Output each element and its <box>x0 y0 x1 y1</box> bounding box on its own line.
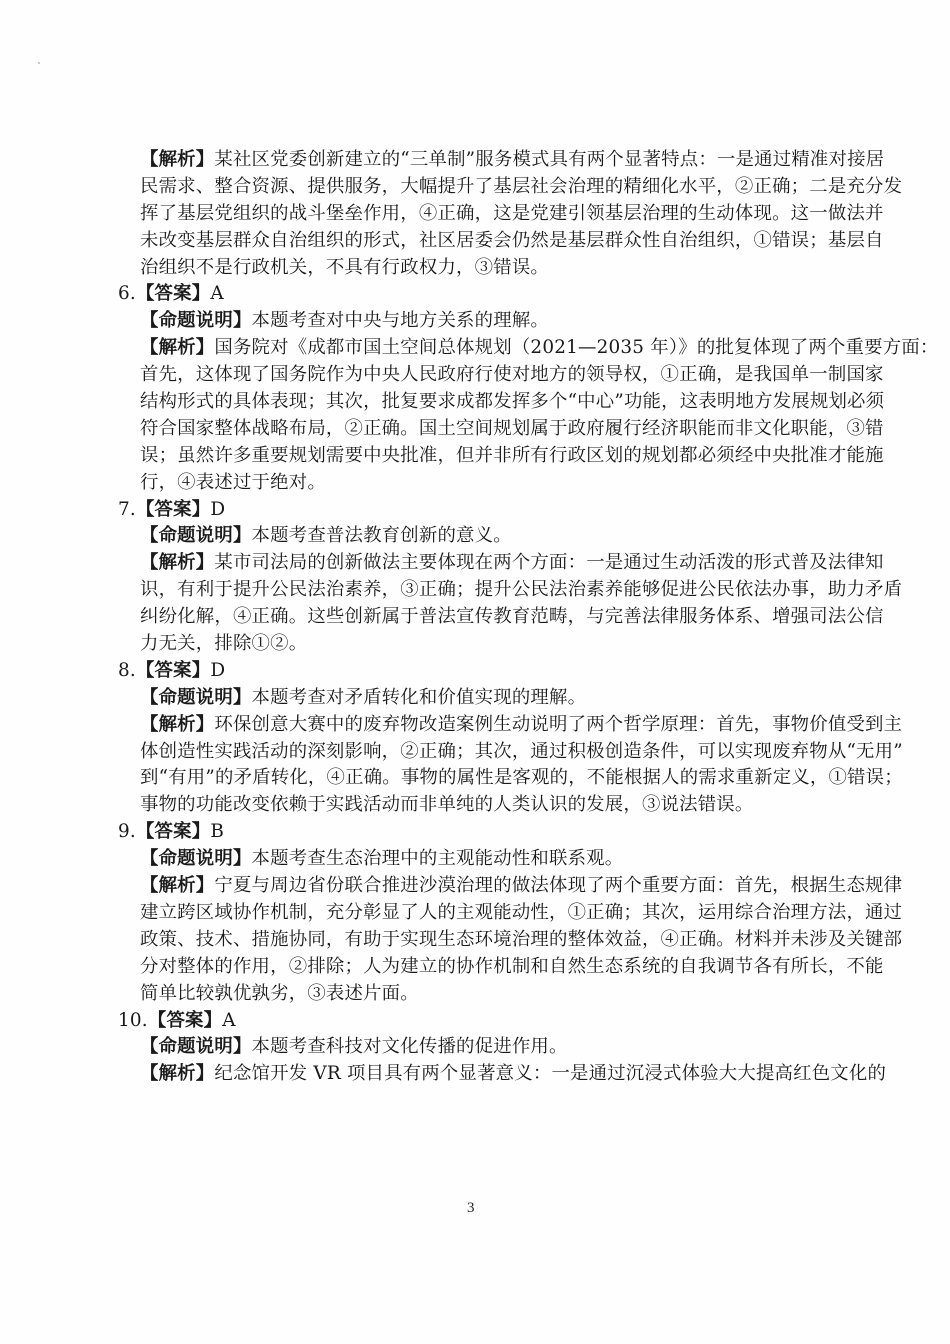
explanation-text: 本题考查科技对文化传播的促进作用。 <box>252 1036 568 1057</box>
analysis-line: 行，④表述过于绝对。 <box>118 470 838 497</box>
analysis-line: 建立跨区域协作机制，充分彰显了人的主观能动性，①正确；其次，运用综合治理方法，通… <box>118 900 838 927</box>
analysis-tag: 【解析】 <box>140 1063 214 1084</box>
answer-tag: 【答案】 <box>136 821 210 842</box>
explanation-text: 本题考查生态治理中的主观能动性和联系观。 <box>252 848 624 869</box>
scan-speck <box>38 62 40 64</box>
analysis-text: 宁夏与周边省份联合推进沙漠治理的做法体现了两个重要方面：首先，根据生态规律 <box>214 875 902 896</box>
analysis-line: 事物的功能改变依赖于实践活动而非单纯的人类认识的发展，③说法错误。 <box>118 792 838 819</box>
explanation-line: 【命题说明】本题考查科技对文化传播的促进作用。 <box>118 1034 838 1061</box>
answer-explanations: 【解析】某社区党委创新建立的“三单制”服务模式具有两个显著特点：一是通过精准对接… <box>118 147 838 1088</box>
analysis-tag: 【解析】 <box>140 875 214 896</box>
question-number: 6. <box>118 283 136 304</box>
answer-line: 7.【答案】D <box>118 497 838 524</box>
analysis-tag: 【解析】 <box>140 552 214 573</box>
explanation-tag: 【命题说明】 <box>140 1036 252 1057</box>
question-9: 9.【答案】B 【命题说明】本题考查生态治理中的主观能动性和联系观。 【解析】宁… <box>118 819 838 1007</box>
analysis-text: 某市司法局的创新做法主要体现在两个方面：一是通过生动活泼的形式普及法律知 <box>214 552 883 573</box>
answer-line: 8.【答案】D <box>118 658 838 685</box>
question-7: 7.【答案】D 【命题说明】本题考查普法教育创新的意义。 【解析】某市司法局的创… <box>118 497 838 658</box>
analysis-line: 民需求、整合资源、提供服务，大幅提升了基层社会治理的精细化水平，②正确；二是充分… <box>118 174 838 201</box>
analysis-line: 体创造性实践活动的深刻影响，②正确；其次，通过积极创造条件，可以实现废弃物从“无… <box>118 739 838 766</box>
analysis-line: 力无关，排除①②。 <box>118 631 838 658</box>
page-number: 3 <box>467 1200 475 1217</box>
explanation-line: 【命题说明】本题考查对矛盾转化和价值实现的理解。 <box>118 685 838 712</box>
question-10: 10.【答案】A 【命题说明】本题考查科技对文化传播的促进作用。 【解析】纪念馆… <box>118 1008 838 1089</box>
question-8: 8.【答案】D 【命题说明】本题考查对矛盾转化和价值实现的理解。 【解析】环保创… <box>118 658 838 819</box>
answer-line: 9.【答案】B <box>118 819 838 846</box>
analysis-line: 符合国家整体战略布局，②正确。国土空间规划属于政府履行经济职能而非文化职能，③错 <box>118 416 838 443</box>
analysis-line: 分对整体的作用，②排除；人为建立的协作机制和自然生态系统的自我调节各有所长，不能 <box>118 954 838 981</box>
answer-tag: 【答案】 <box>148 1010 222 1031</box>
analysis-text: 国务院对《成都市国土空间总体规划（2021—2035 年）》的批复体现了两个重要… <box>214 337 938 358</box>
analysis-line: 【解析】环保创意大赛中的废弃物改造案例生动说明了两个哲学原理：首先，事物价值受到… <box>118 712 838 739</box>
analysis-line: 政策、技术、措施协同，有助于实现生态环境治理的整体效益，④正确。材料并未涉及关键… <box>118 927 838 954</box>
answer-value: D <box>210 499 225 520</box>
answer-value: B <box>210 821 224 842</box>
analysis-line: 纠纷化解，④正确。这些创新属于普法宣传教育范畴，与完善法律服务体系、增强司法公信 <box>118 604 838 631</box>
question-number: 9. <box>118 821 136 842</box>
analysis-line: 首先，这体现了国务院作为中央人民政府行使对地方的领导权，①正确，是我国单一制国家 <box>118 362 838 389</box>
explanation-text: 本题考查普法教育创新的意义。 <box>252 525 512 546</box>
explanation-text: 本题考查对矛盾转化和价值实现的理解。 <box>252 687 587 708</box>
question-number: 7. <box>118 499 136 520</box>
analysis-line: 结构形式的具体表现；其次，批复要求成都发挥多个“中心”功能，这表明地方发展规划必… <box>118 389 838 416</box>
analysis-line: 治组织不是行政机关，不具有行政权力，③错误。 <box>118 255 838 282</box>
answer-tag: 【答案】 <box>136 660 210 681</box>
analysis-tag: 【解析】 <box>140 714 214 735</box>
explanation-text: 本题考查对中央与地方关系的理解。 <box>252 310 549 331</box>
answer-tag: 【答案】 <box>136 283 210 304</box>
explanation-tag: 【命题说明】 <box>140 310 252 331</box>
answer-line: 10.【答案】A <box>118 1008 838 1035</box>
question-number: 8. <box>118 660 136 681</box>
explanation-tag: 【命题说明】 <box>140 848 252 869</box>
document-page: 【解析】某社区党委创新建立的“三单制”服务模式具有两个显著特点：一是通过精准对接… <box>0 0 950 1344</box>
analysis-tag: 【解析】 <box>140 337 214 358</box>
analysis-line: 简单比较孰优孰劣，③表述片面。 <box>118 981 838 1008</box>
analysis-line: 到“有用”的矛盾转化，④正确。事物的属性是客观的，不能根据人的需求重新定义，①错… <box>118 765 838 792</box>
explanation-line: 【命题说明】本题考查对中央与地方关系的理解。 <box>118 308 838 335</box>
analysis-text: 某社区党委创新建立的“三单制”服务模式具有两个显著特点：一是通过精准对接居 <box>214 149 884 170</box>
analysis-line: 【解析】宁夏与周边省份联合推进沙漠治理的做法体现了两个重要方面：首先，根据生态规… <box>118 873 838 900</box>
explanation-line: 【命题说明】本题考查普法教育创新的意义。 <box>118 523 838 550</box>
question-number: 10. <box>118 1010 148 1031</box>
analysis-text: 纪念馆开发 VR 项目具有两个显著意义：一是通过沉浸式体验大大提高红色文化的 <box>214 1063 886 1084</box>
answer-tag: 【答案】 <box>136 499 210 520</box>
q5-analysis: 【解析】某社区党委创新建立的“三单制”服务模式具有两个显著特点：一是通过精准对接… <box>118 147 838 281</box>
analysis-line: 未改变基层群众自治组织的形式，社区居委会仍然是基层群众性自治组织，①错误；基层自 <box>118 228 838 255</box>
analysis-line: 识，有利于提升公民法治素养，③正确；提升公民法治素养能够促进公民依法办事，助力矛… <box>118 577 838 604</box>
analysis-line: 误；虽然许多重要规划需要中央批准，但并非所有行政区划的规划都必须经中央批准才能施 <box>118 443 838 470</box>
analysis-line: 【解析】某市司法局的创新做法主要体现在两个方面：一是通过生动活泼的形式普及法律知 <box>118 550 838 577</box>
analysis-line: 【解析】国务院对《成都市国土空间总体规划（2021—2035 年）》的批复体现了… <box>118 335 838 362</box>
explanation-tag: 【命题说明】 <box>140 687 252 708</box>
answer-value: D <box>210 660 225 681</box>
analysis-line: 挥了基层党组织的战斗堡垒作用，④正确，这是党建引领基层治理的生动体现。这一做法并 <box>118 201 838 228</box>
analysis-line: 【解析】某社区党委创新建立的“三单制”服务模式具有两个显著特点：一是通过精准对接… <box>118 147 838 174</box>
answer-value: A <box>222 1010 235 1031</box>
question-6: 6.【答案】A 【命题说明】本题考查对中央与地方关系的理解。 【解析】国务院对《… <box>118 281 838 496</box>
analysis-line: 【解析】纪念馆开发 VR 项目具有两个显著意义：一是通过沉浸式体验大大提高红色文… <box>118 1061 838 1088</box>
answer-value: A <box>210 283 223 304</box>
answer-line: 6.【答案】A <box>118 281 838 308</box>
explanation-tag: 【命题说明】 <box>140 525 252 546</box>
analysis-text: 环保创意大赛中的废弃物改造案例生动说明了两个哲学原理：首先，事物价值受到主 <box>214 714 902 735</box>
explanation-line: 【命题说明】本题考查生态治理中的主观能动性和联系观。 <box>118 846 838 873</box>
analysis-tag: 【解析】 <box>140 149 214 170</box>
